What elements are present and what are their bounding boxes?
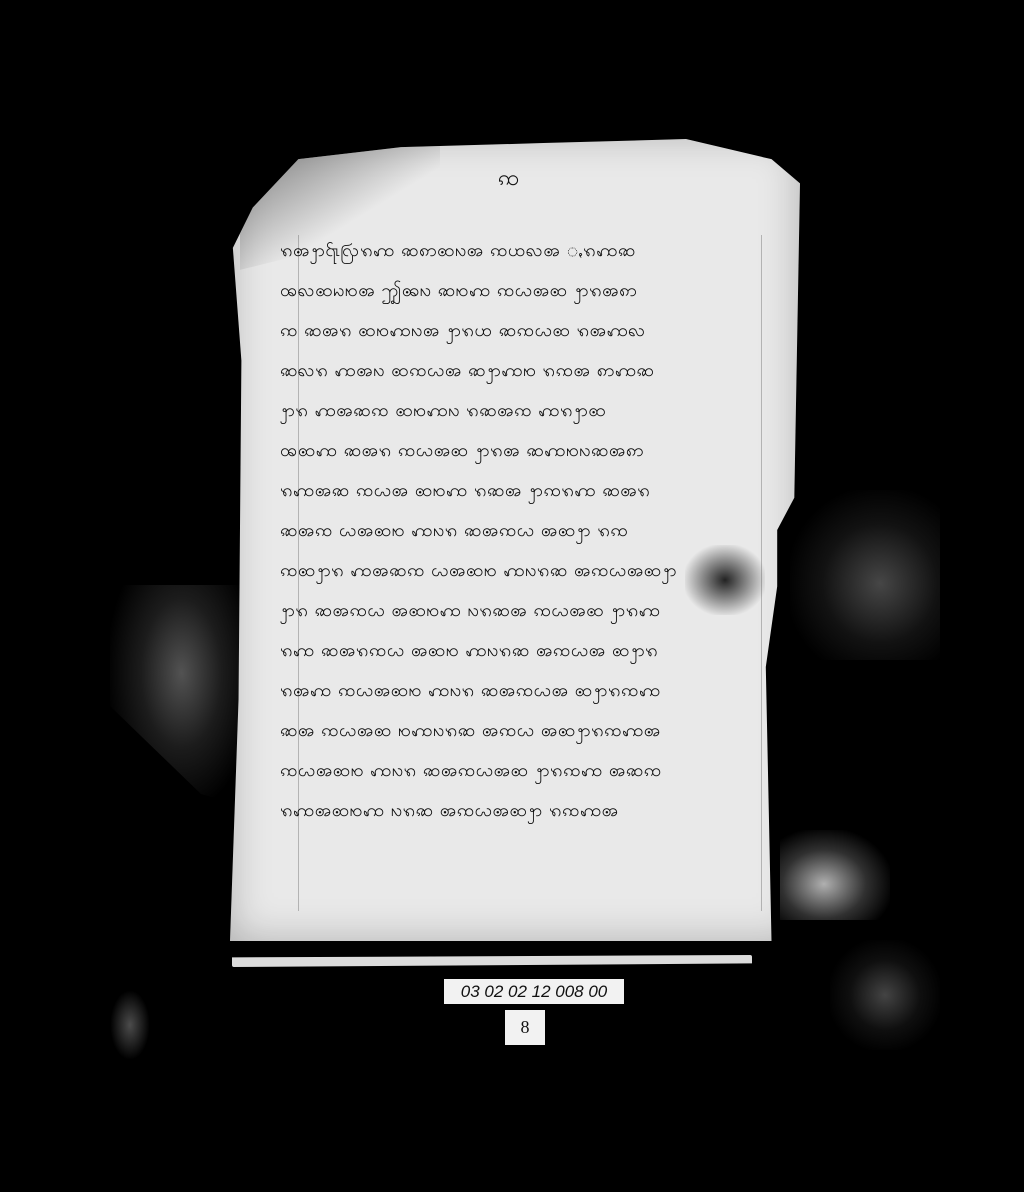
background-cloth-texture [110, 990, 150, 1060]
manuscript-line: ꩣꩨ ꩡꩬꩨꩧ ꩯꩲꩳꩫꩣ ꩨꩡꩬ ꩨꩧꩭꩫꩡꩲꩨ [280, 711, 780, 751]
manuscript-line: ꩫꩨꩲ ꩡꩬꩨꩧꩯ ꩲꩳꩫ ꩣꩨꩡꩬꩨ ꩧꩭꩫꩡꩲ [280, 671, 780, 711]
manuscript-line: ꩭꩫ ꩲꩨꩣꩡ ꩧꩯꩲꩳ ꩫꩣꩨꩡ ꩲꩫꩭꩧ [280, 391, 780, 431]
manuscript-line: ꩫꩲꩨꩧꩯꩲ ꩳꩫꩣ ꩨꩡꩬꩨꩧꩭ ꩫꩡꩲꩨ [280, 791, 780, 831]
manuscript-text-block: ꩫꩨꩭ꩷ꩺꩫꩲ ꩣꩱꩧꩳꩨ ꩡꩤꩮꩨ ꩻꩫꩲꩣ ꩪꩮꩧꩢꩯꩨ ꩶꩩꩳ ꩣꩯꩲ ꩡ… [280, 231, 780, 831]
background-cloth-texture [110, 585, 240, 805]
header-glyph: ꩡ [498, 163, 519, 196]
manuscript-line: ꩡ ꩣꩨꩫ ꩧꩯꩲꩳꩨ ꩭꩫꩤ ꩣꩡꩬꩧ ꩫꩨꩲꩮ [280, 311, 780, 351]
background-cloth-texture [790, 490, 940, 660]
catalog-id-label: 03 02 02 12 008 00 [444, 979, 624, 1004]
manuscript-line: ꩡꩬꩨꩧꩯ ꩲꩳꩫ ꩣꩨꩡꩬꩨꩧ ꩭꩫꩡꩲ ꩨꩣꩡ [280, 751, 780, 791]
page-number-label: 8 [505, 1010, 545, 1045]
manuscript-line: ꩪꩧꩲ ꩣꩨꩫ ꩡꩬꩨꩧ ꩭꩫꩨ ꩣꩲꩯꩳꩣꩨꩱ [280, 431, 780, 471]
manuscript-line: ꩪꩮꩧꩢꩯꩨ ꩶꩩꩳ ꩣꩯꩲ ꩡꩬꩨꩧ ꩭꩫꩨꩱ [280, 271, 780, 311]
background-cloth-texture [830, 940, 940, 1050]
manuscript-line: ꩣꩮꩫ ꩲꩨꩳ ꩧꩡꩬꩨ ꩣꩭꩲꩯ ꩫꩡꩨ ꩱꩲꩣ [280, 351, 780, 391]
page-edge-strip [232, 955, 752, 967]
manuscript-line: ꩫꩨꩭ꩷ꩺꩫꩲ ꩣꩱꩧꩳꩨ ꩡꩤꩮꩨ ꩻꩫꩲꩣ [280, 231, 780, 271]
manuscript-line: ꩭꩫ ꩣꩨꩡꩬ ꩨꩧꩯꩲ ꩳꩫꩣꩨ ꩡꩬꩨꩧ ꩭꩫꩲ [280, 591, 780, 631]
manuscript-line: ꩣꩨꩡ ꩬꩨꩧꩯ ꩲꩳꩫ ꩣꩨꩡꩬ ꩨꩧꩭ ꩫꩡ [280, 511, 780, 551]
manuscript-line: ꩫꩲ ꩣꩨꩫꩡꩬ ꩨꩧꩯ ꩲꩳꩫꩣ ꩨꩡꩬꩨ ꩧꩭꩫ [280, 631, 780, 671]
manuscript-page: ꩡ ꩫꩨꩭ꩷ꩺꩫꩲ ꩣꩱꩧꩳꩨ ꩡꩤꩮꩨ ꩻꩫꩲꩣ ꩪꩮꩧꩢꩯꩨ ꩶꩩꩳ ꩣꩯꩲ… [230, 135, 800, 941]
manuscript-line: ꩡꩧꩭꩫ ꩲꩨꩣꩡ ꩬꩨꩧꩯ ꩲꩳꩫꩣ ꩨꩡꩬꩨꩧꩭ [280, 551, 780, 591]
background-cloth-texture [780, 830, 890, 920]
manuscript-line: ꩫꩲꩨꩣ ꩡꩬꩨ ꩧꩯꩲ ꩫꩣꩨ ꩭꩡꩫꩲ ꩣꩨꩫ [280, 471, 780, 511]
